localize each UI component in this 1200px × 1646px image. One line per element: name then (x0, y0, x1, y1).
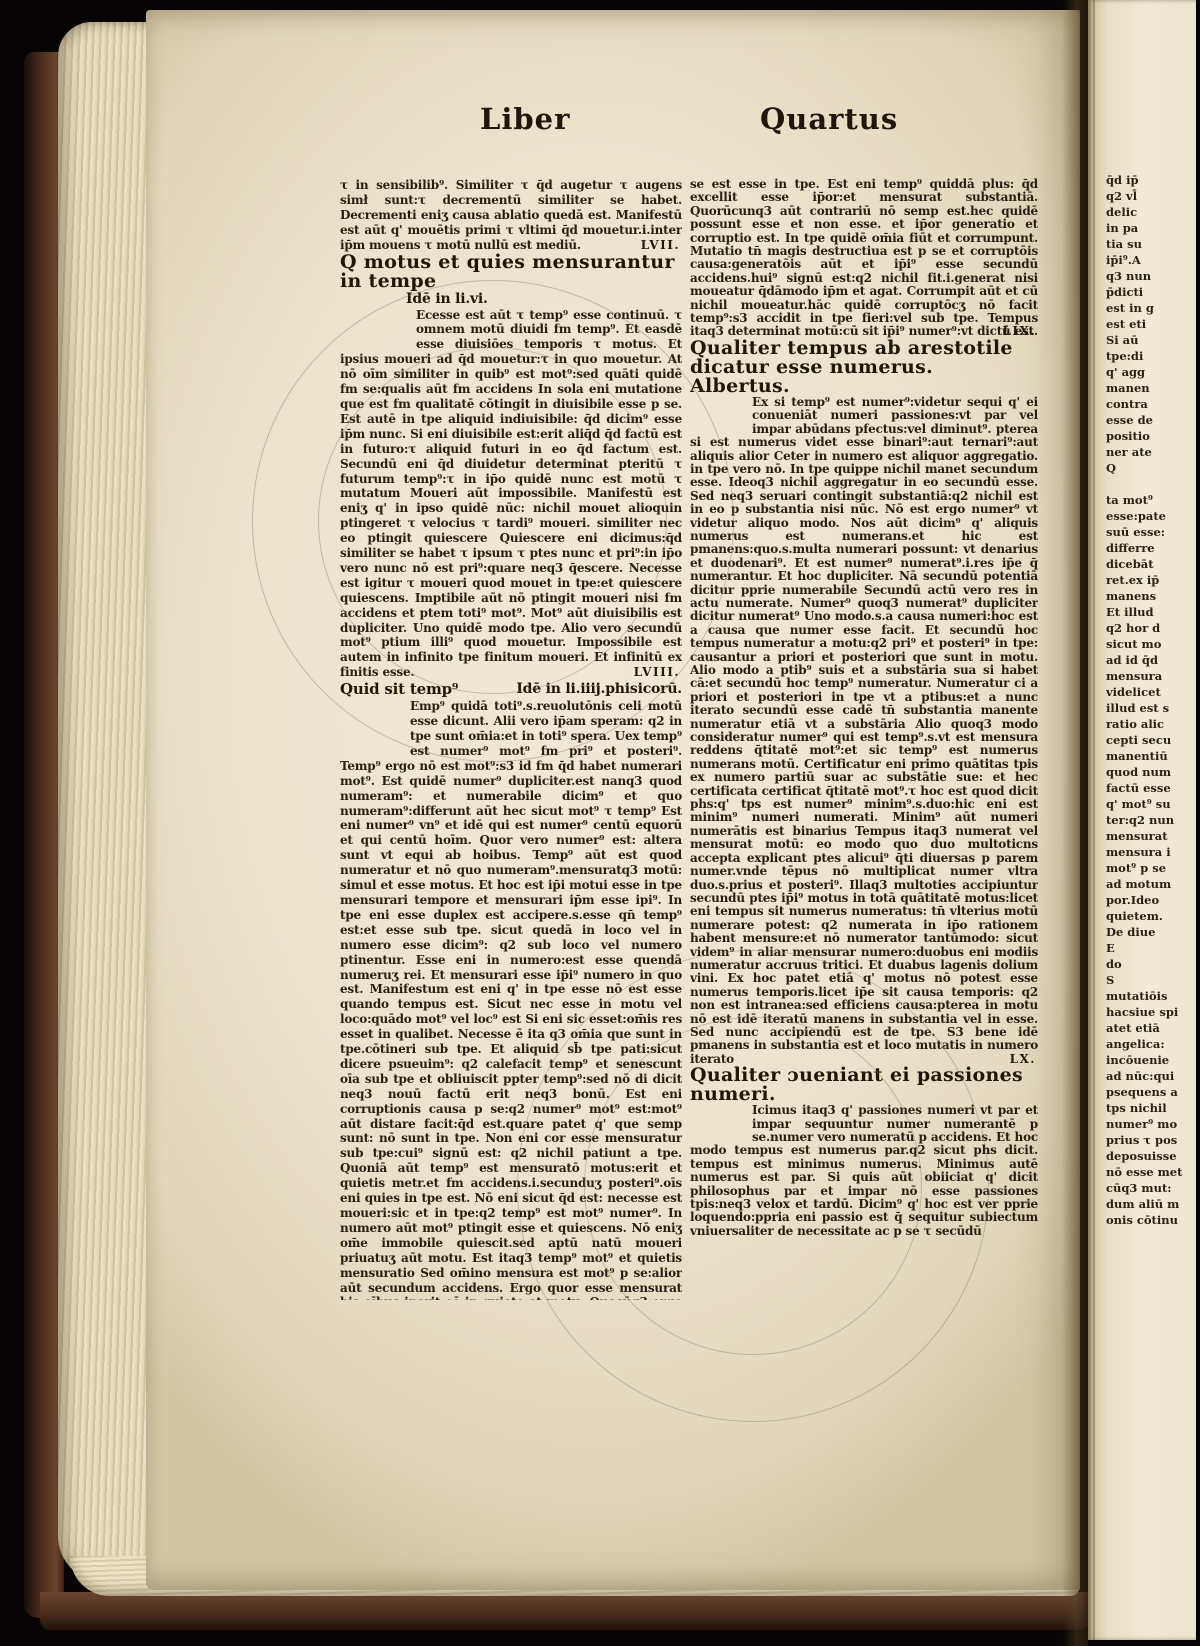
source-reference: Idē in li.vi. (340, 291, 682, 308)
paragraph-text: Ex si temp⁹ est numer⁹:videtur sequi q' … (690, 395, 1038, 1066)
dropcap-space (340, 699, 410, 757)
paragraph-text: Ecesse est aūt τ temp⁹ esse continuū. τ … (340, 308, 682, 680)
paragraph: Ex si temp⁹ est numer⁹:videtur sequi q' … (690, 396, 1038, 1066)
dropcap-space (690, 1104, 752, 1144)
paragraph: se est esse in tpe. Est eni temp⁹ quiddā… (690, 178, 1038, 339)
paragraph-text: se est esse in tpe. Est eni temp⁹ quiddā… (690, 178, 1038, 338)
text-column-left: τ in sensibilib⁹. Similiter τ q̄d augetu… (340, 178, 682, 1300)
source-reference-text: Idē in li.iiij.phisicorū. (516, 680, 682, 699)
chapter-heading: Quid sit temp⁹ Idē in li.iiij.phisicorū. (340, 680, 682, 699)
chapter-heading-text: Qualiter ɔueniant ei passiones numeri. (690, 1064, 1023, 1105)
chapter-heading: Qualiter tempus ab arestotile dicatur es… (690, 339, 1038, 396)
paragraph: τ in sensibilib⁹. Similiter τ q̄d augetu… (340, 178, 682, 253)
source-reference-text: Idē in li.vi. (406, 291, 488, 307)
chapter-heading-text: Q motus et quies mensurantur in tempe (340, 251, 675, 292)
paragraph: Emp⁹ quidā toti⁹.s.reuolutōnis celi motū… (340, 699, 682, 1300)
chapter-heading-text: Quid sit temp⁹ (340, 680, 458, 699)
running-head-quartus: Quartus (760, 102, 898, 136)
dropcap-space (690, 396, 752, 436)
chapter-heading: Qualiter ɔueniant ei passiones numeri. (690, 1066, 1038, 1104)
frame-right-edge (1196, 0, 1200, 1646)
dropcap-space (340, 308, 416, 352)
running-head-liber: Liber (480, 102, 570, 136)
page-stack-fore-edge (58, 22, 158, 1582)
gutter-shadow (1062, 0, 1088, 1646)
text-column-right: se est esse in tpe. Est eni temp⁹ quiddā… (690, 178, 1038, 1268)
page-edge-line (1093, 0, 1095, 1640)
right-page-edge: q̄d ip̄ q2 vl̄ delic in pa tia su ip̄i⁹.… (1088, 0, 1196, 1640)
right-page-text-fragments: q̄d ip̄ q2 vl̄ delic in pa tia su ip̄i⁹.… (1106, 172, 1198, 1352)
book-cover-bottom-edge (40, 1592, 1096, 1630)
chapter-heading: Q motus et quies mensurantur in tempe (340, 253, 682, 291)
paragraph: Icimus itaq3 q' passiones numeri vt par … (690, 1104, 1038, 1238)
chapter-number: LVIII. (634, 665, 680, 680)
book-photo: Liber Quartus τ in sensibilib⁹. Similite… (0, 0, 1200, 1646)
paragraph-text: Emp⁹ quidā toti⁹.s.reuolutōnis celi motū… (340, 699, 682, 1300)
chapter-heading-text: Qualiter tempus ab arestotile dicatur es… (690, 337, 1013, 397)
paragraph-text: τ in sensibilib⁹. Similiter τ q̄d augetu… (340, 178, 682, 252)
paragraph: Ecesse est aūt τ temp⁹ esse continuū. τ … (340, 308, 682, 681)
